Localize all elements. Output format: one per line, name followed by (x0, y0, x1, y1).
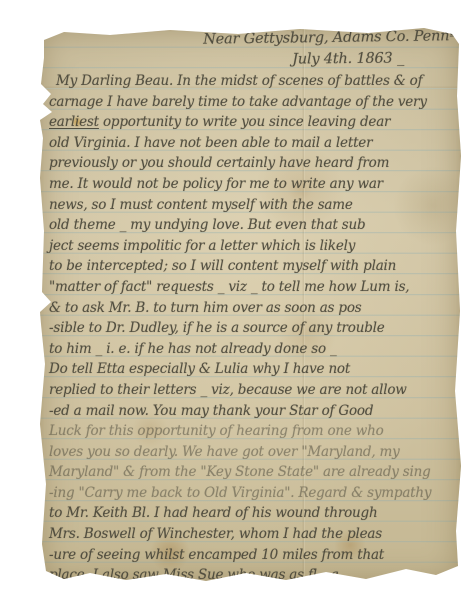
letter-line: -ure of seeing whilst encamped 10 miles … (49, 545, 460, 566)
letter-line: Mrs. Boswell of Winchester, whom I had t… (49, 524, 460, 545)
letter-line: loves you so dearly. We have got over "M… (49, 442, 460, 463)
letter-paper: Near Gettysburg, Adams Co. Pennª July 4t… (38, 26, 462, 584)
letter-line: place. I also saw Miss Sue who was as fl… (49, 565, 460, 586)
letter-line: me. It would not be policy for me to wri… (49, 174, 460, 195)
letter-line: to him _ i. e. if he has not already don… (49, 339, 460, 360)
underlined-word: earliest (49, 114, 99, 130)
letter-line: old Virginia. I have not been able to ma… (49, 133, 460, 154)
letter-line: & to ask Mr. B. to turn him over as soon… (49, 298, 460, 319)
letter-line: Maryland" & from the "Key Stone State" a… (49, 462, 460, 483)
letter-line: My Darling Beau. In the midst of scenes … (49, 71, 460, 92)
scanned-letter-background: Near Gettysburg, Adams Co. Pennª July 4t… (0, 0, 472, 599)
letter-heading-location: Near Gettysburg, Adams Co. Pennª (38, 28, 462, 50)
letter-line: Do tell Etta especially & Lulia why I ha… (49, 359, 460, 380)
letter-line: previously or you should certainly have … (49, 153, 460, 174)
letter-line: carnage I have barely time to take advan… (49, 92, 460, 113)
letter-line: replied to their letters _ viz, because … (49, 380, 460, 401)
letter-line-rest: opportunity to write you since leaving d… (99, 114, 390, 130)
letter-line: -ing "Carry me back to Old Virginia". Re… (49, 483, 460, 504)
letter-line: -ed a mail now. You may thank your Star … (49, 401, 460, 422)
letter-line: "matter of fact" requests _ viz _ to tel… (49, 277, 460, 298)
letter-line: old theme _ my undying love. But even th… (49, 215, 460, 236)
letter-line: news, so I must content myself with the … (49, 195, 460, 216)
letter-line: to be intercepted; so I will content mys… (49, 256, 460, 277)
letter-line: -sible to Dr. Dudley, if he is a source … (49, 318, 460, 339)
letter-heading-date: July 4th. 1863 _ (38, 50, 462, 70)
letter-line: to Mr. Keith Bl. I had heard of his woun… (49, 503, 460, 524)
letter-line: ject seems impolitic for a letter which … (49, 236, 460, 257)
letter-line: earliest opportunity to write you since … (49, 112, 460, 133)
letter-body: My Darling Beau. In the midst of scenes … (49, 71, 460, 586)
letter-line: Luck for this opportunity of hearing fro… (49, 421, 460, 442)
